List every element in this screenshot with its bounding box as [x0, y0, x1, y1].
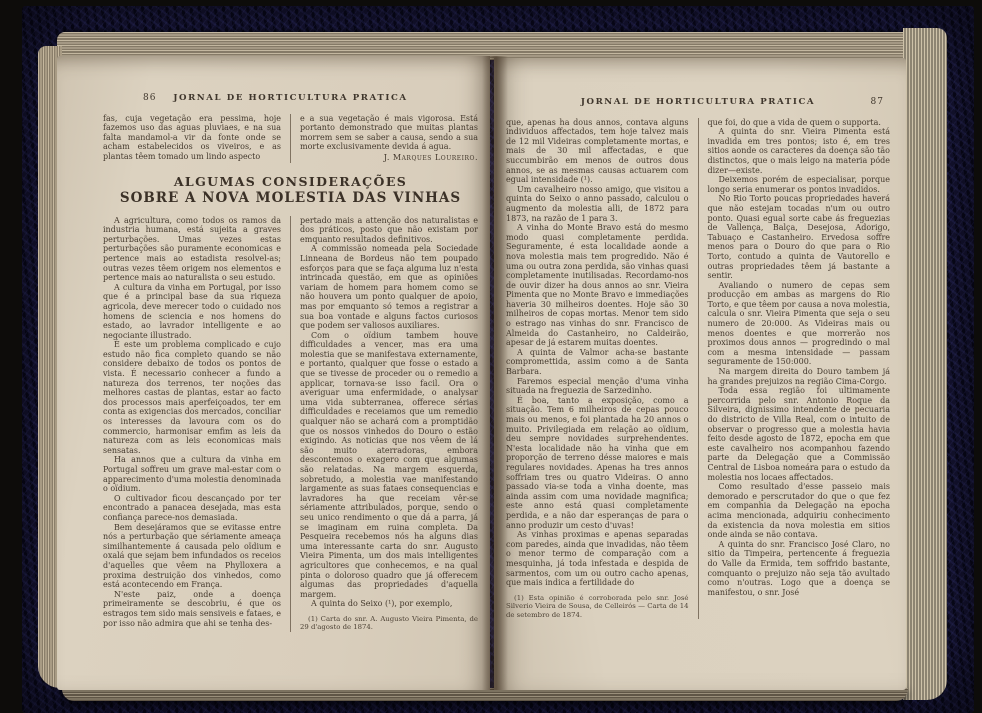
paragraph: No Rio Torto poucas propriedades haverá … — [708, 194, 891, 280]
paragraph: Deixemos porém de especialisar, porque l… — [708, 175, 891, 194]
right-page-column-2: que foi, do que a vida de quem o support… — [698, 118, 891, 619]
article-body: A agricultura, como todos os ramos da in… — [103, 216, 478, 632]
paragraph: A quinta do snr. Francisco José Claro, n… — [708, 540, 891, 598]
running-header: 86 JORNAL DE HORTICULTURA PRATICA — [103, 94, 478, 104]
left-page-column-2: pertado mais a attenção dos naturalistas… — [290, 216, 478, 632]
paragraph: A cultura da vinha em Portugal, por isso… — [103, 283, 281, 341]
paragraph: que, apenas ha dous annos, contava algun… — [506, 118, 689, 185]
paragraph: pertado mais a attenção dos naturalistas… — [300, 216, 478, 245]
article-title-line-2: SOBRE A NOVA MOLESTIA DAS VINHAS — [103, 190, 478, 207]
left-page: 86 JORNAL DE HORTICULTURA PRATICA fas, c… — [57, 56, 490, 690]
column-paragraphs: que, apenas ha dous annos, contava algun… — [506, 118, 689, 588]
running-header: JORNAL DE HORTICULTURA PRATICA 87 — [506, 98, 890, 108]
paragraph: Avaliando o numero de cepas sem producçã… — [708, 281, 891, 367]
paragraph: O cultivador ficou descançado por ter en… — [103, 494, 281, 523]
paragraph: A agricultura, como todos os ramos da in… — [103, 216, 281, 283]
footnote: (1) Esta opinião é corroborada pelo snr.… — [506, 594, 689, 619]
footnote: (1) Carta do snr. A. Augusto Vieira Pime… — [300, 615, 478, 632]
paragraph: Faremos especial menção d'uma vinha situ… — [506, 377, 689, 396]
paragraph: N'este paiz, onde a doença primeiramente… — [103, 590, 281, 628]
author-signature: J. Marques Loureiro. — [300, 153, 478, 163]
prelude-column-1: fas, cuja vegetação era pessima, hoje fa… — [103, 114, 281, 163]
column-paragraphs: pertado mais a attenção dos naturalistas… — [300, 216, 478, 609]
paragraph: Como resultado d'esse passeio mais demor… — [708, 482, 891, 540]
paragraph: A quinta do snr. Vieira Pimenta está inv… — [708, 127, 891, 175]
prelude-section: fas, cuja vegetação era pessima, hoje fa… — [103, 114, 478, 163]
paragraph: e a sua vegetação é mais vigorosa. Está … — [300, 114, 478, 152]
paragraph: que foi, do que a vida de quem o support… — [708, 118, 891, 128]
paragraph: A quinta do Seixo (¹), por exemplo, — [300, 599, 478, 609]
paragraph: A quinta de Valmor acha-se bastante comp… — [506, 348, 689, 377]
paragraph: É boa, tanto a exposição, como a situaçã… — [506, 396, 689, 530]
article-title-line-1: ALGUMAS CONSIDERAÇÕES — [103, 174, 478, 190]
article-title: ALGUMAS CONSIDERAÇÕES SOBRE A NOVA MOLES… — [103, 174, 478, 207]
article-body: que, apenas ha dous annos, contava algun… — [506, 118, 890, 619]
paragraph: Bem desejáramos que se evitasse entre nó… — [103, 523, 281, 590]
paragraph: A commissão nomeada pela Sociedade Linne… — [300, 244, 478, 330]
paragraph: Na margem direita do Douro tambem já ha … — [708, 367, 891, 386]
book-scan: 86 JORNAL DE HORTICULTURA PRATICA fas, c… — [0, 0, 982, 713]
page-number: 87 — [871, 98, 884, 108]
right-page: JORNAL DE HORTICULTURA PRATICA 87 que, a… — [494, 58, 906, 690]
paragraph: As vinhas proximas e apenas separadas co… — [506, 530, 689, 588]
page-number: 86 — [143, 94, 156, 104]
journal-title: JORNAL DE HORTICULTURA PRATICA — [581, 97, 815, 107]
prelude-column-2: e a sua vegetação é mais vigorosa. Está … — [290, 114, 478, 163]
paragraph: Toda essa região foi ultimamente percorr… — [708, 386, 891, 482]
paragraph: É este um problema complicado e cujo est… — [103, 340, 281, 455]
right-page-column-1: que, apenas ha dous annos, contava algun… — [506, 118, 689, 619]
paragraph: Ha annos que a cultura da vinha em Portu… — [103, 455, 281, 493]
paragraph: Com o oïdium tambem houve difficuldades … — [300, 331, 478, 600]
paragraph: Um cavalheiro nosso amigo, que visitou a… — [506, 185, 689, 223]
journal-title: JORNAL DE HORTICULTURA PRATICA — [173, 93, 407, 103]
paragraph: A vinha do Monte Bravo está do mesmo mod… — [506, 223, 689, 348]
paragraph: fas, cuja vegetação era pessima, hoje fa… — [103, 114, 281, 162]
left-page-column-1: A agricultura, como todos os ramos da in… — [103, 216, 281, 632]
page-edges-right — [903, 28, 947, 700]
